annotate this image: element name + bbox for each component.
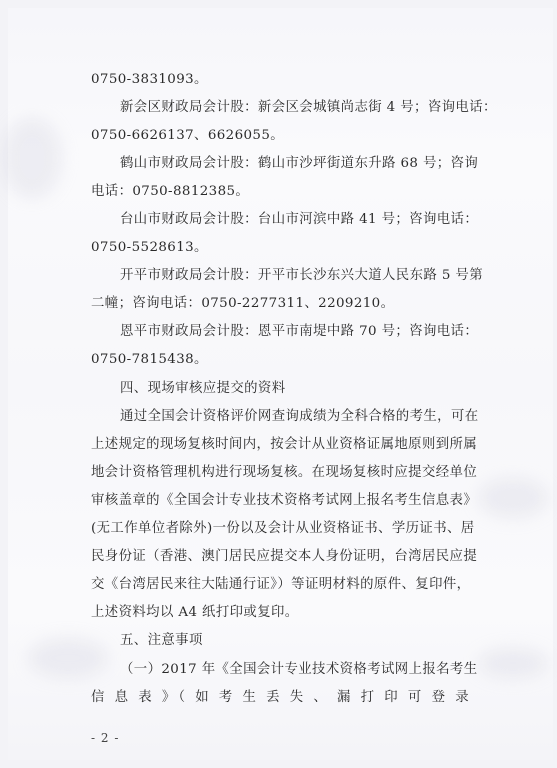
document-text-line: 开平市财政局会计股：开平市长沙东兴大道人民东路 5 号第	[120, 267, 469, 285]
document-text-line: 交《台湾居民来往大陆通行证》）等证明材料的原件、复印件，	[91, 576, 469, 594]
scan-smudge	[2, 118, 62, 198]
document-text-line: 上述规定的现场复核时间内，按会计从业资格证属地原则到所属	[91, 436, 469, 454]
document-text-line: 上述资料均以 A4 纸打印或复印。	[91, 604, 469, 622]
document-text-line: 0750-5528613。	[91, 239, 469, 257]
document-text-line: 恩平市财政局会计股：恩平市南堤中路 70 号；咨询电话：	[120, 323, 469, 341]
scan-smudge	[478, 648, 548, 678]
document-text-line: 0750-3831093。	[91, 71, 469, 89]
document-text-line: （一）2017 年《全国会计专业技术资格考试网上报名考生	[120, 661, 469, 679]
document-text-line: 民身份证（香港、澳门居民应提交本人身份证明，台湾居民应提	[91, 548, 469, 566]
document-text-line: 二幢；咨询电话：0750-2277311、2209210。	[91, 295, 469, 313]
scan-smudge	[478, 478, 548, 518]
document-text-line: 0750-6626137、6626055。	[91, 127, 469, 145]
document-text-line: 通过全国会计资格评价网查询成绩为全科合格的考生，可在	[120, 408, 469, 426]
document-text-line: 四、现场审核应提交的资料	[120, 380, 469, 398]
document-text-line: (无工作单位者除外)一份以及会计从业资格证书、学历证书、居	[91, 520, 469, 538]
document-text-line: 鹤山市财政局会计股：鹤山市沙坪街道东升路 68 号；咨询	[120, 155, 469, 173]
scan-smudge	[28, 638, 108, 678]
document-text-line: 台山市财政局会计股：台山市河滨中路 41 号；咨询电话：	[120, 211, 469, 229]
document-text-line: 五、注意事项	[120, 632, 469, 650]
page-number: - 2 -	[91, 731, 119, 745]
document-text-line: 信 息 表 》（ 如 考 生 丢 失 、 漏 打 印 可 登 录	[91, 689, 469, 707]
document-text-line: 审核盖章的《全国会计专业技术资格考试网上报名考生信息表》	[91, 492, 469, 510]
document-text-line: 地会计资格管理机构进行现场复核。在现场复核时应提交经单位	[91, 464, 469, 482]
document-text-line: 新会区财政局会计股：新会区会城镇尚志街 4 号；咨询电话：	[120, 99, 469, 117]
document-text-line: 电话：0750-8812385。	[91, 183, 469, 201]
document-text-line: 0750-7815438。	[91, 351, 469, 369]
